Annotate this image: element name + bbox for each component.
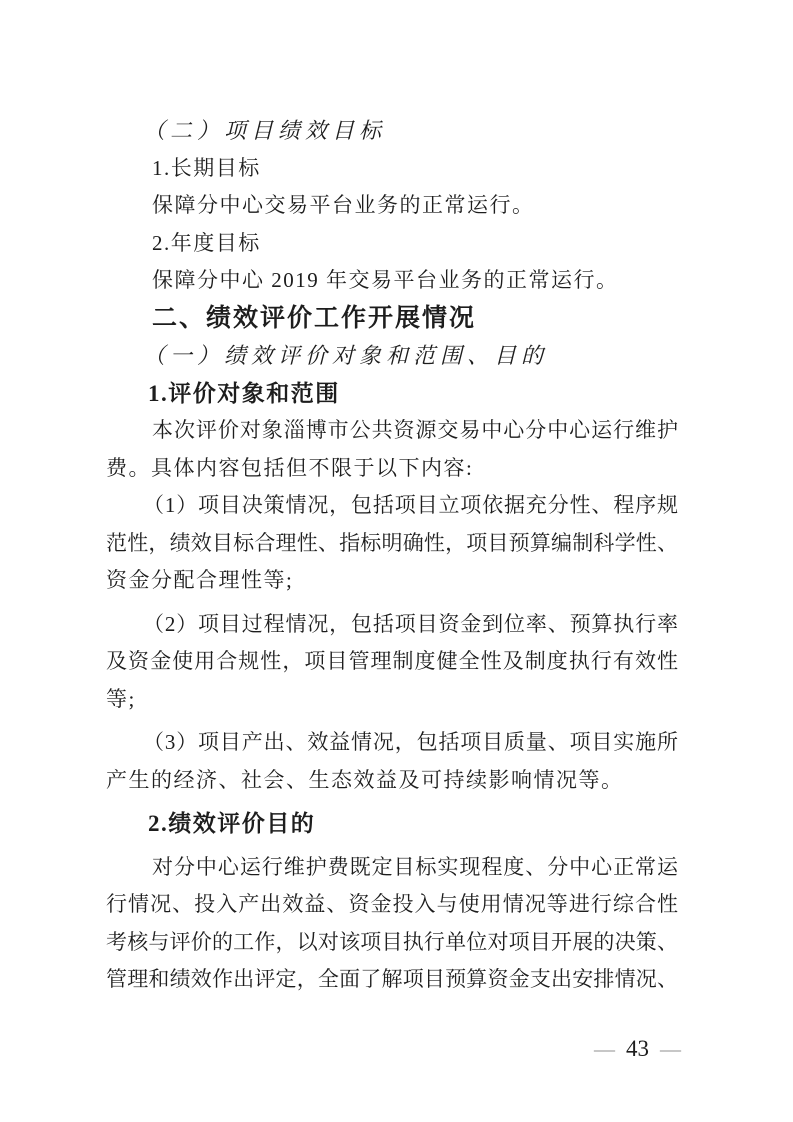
page-number: 43 (626, 1034, 649, 1064)
bold-heading-eval-target-scope: 1.评价对象和范围 (106, 375, 678, 413)
subsection-heading-eval-scope: （一）绩效评价对象和范围、目的 (106, 337, 678, 375)
body-line: 及资金使用合规性，项目管理制度健全性及制度执行有效性 (106, 643, 678, 681)
body-line: 范性，绩效目标合理性、指标明确性，项目预算编制科学性、 (106, 525, 678, 563)
page-footer: — 43 — (594, 1034, 681, 1064)
body-line: 保障分中心交易平台业务的正常运行。 (106, 187, 678, 225)
body-line: 本次评价对象淄博市公共资源交易中心分中心运行维护 (106, 412, 678, 450)
body-line: （1）项目决策情况，包括项目立项依据充分性、程序规 (106, 487, 678, 525)
subsection-heading-project-goals: （二）项目绩效目标 (106, 112, 678, 150)
page-number-dash: — (660, 1034, 681, 1064)
bold-heading-eval-purpose: 2.绩效评价目的 (106, 805, 678, 843)
body-line: 管理和绩效作出评定，全面了解项目预算资金支出安排情况、 (106, 961, 678, 999)
body-line: 产生的经济、社会、生态效益及可持续影响情况等。 (106, 762, 678, 800)
body-line: 对分中心运行维护费既定目标实现程度、分中心正常运 (106, 849, 678, 887)
document-page: （二）项目绩效目标 1.长期目标 保障分中心交易平台业务的正常运行。 2.年度目… (0, 0, 793, 1122)
section-heading-evaluation-work: 二、绩效评价工作开展情况 (106, 300, 678, 338)
page-number-dash: — (594, 1034, 615, 1064)
item-heading-longterm-goal: 1.长期目标 (106, 150, 678, 188)
body-line: 费。具体内容包括但不限于以下内容: (106, 450, 678, 488)
body-line: 资金分配合理性等; (106, 562, 678, 600)
body-line: （3）项目产出、效益情况，包括项目质量、项目实施所 (106, 724, 678, 762)
body-line: 保障分中心 2019 年交易平台业务的正常运行。 (106, 262, 678, 300)
body-line: 行情况、投入产出效益、资金投入与使用情况等进行综合性 (106, 886, 678, 924)
item-heading-annual-goal: 2.年度目标 (106, 225, 678, 263)
document-content: （二）项目绩效目标 1.长期目标 保障分中心交易平台业务的正常运行。 2.年度目… (106, 112, 678, 999)
body-line: 等; (106, 681, 678, 719)
body-line: 考核与评价的工作，以对该项目执行单位对项目开展的决策、 (106, 924, 678, 962)
body-line: （2）项目过程情况，包括项目资金到位率、预算执行率 (106, 606, 678, 644)
